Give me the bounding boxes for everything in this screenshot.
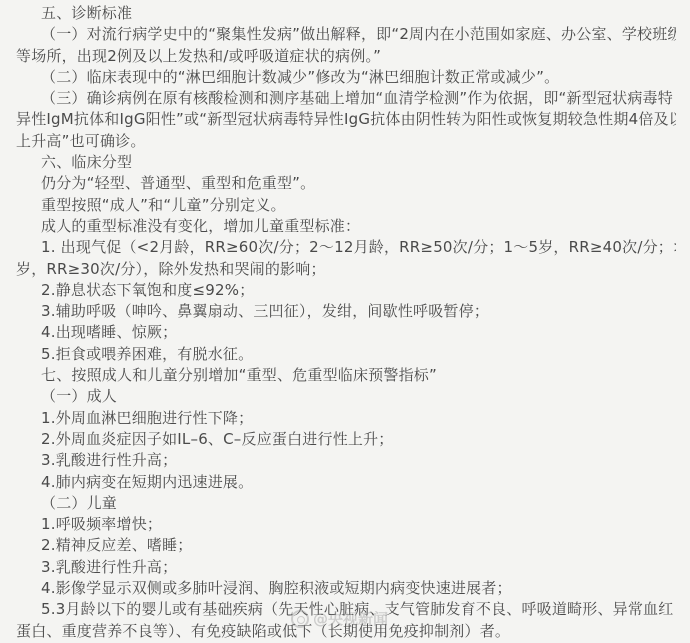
text-line: 4.出现嗜睡、惊厥； — [16, 322, 676, 343]
text-line: 3.乳酸进行性升高； — [16, 450, 676, 471]
text-line: 蛋白、重度营养不良等）、有免疫缺陷或低下（长期使用免疫抑制剂）者。 — [16, 621, 676, 642]
text-line: 5.拒食或喂养困难，有脱水征。 — [16, 344, 676, 365]
document-body: 五、诊断标准（一）对流行病学史中的“聚集性发病”做出解释，即“2周内在小范围如家… — [16, 3, 676, 642]
text-line: 成人的重型标准没有变化，增加儿童重型标准： — [16, 216, 676, 237]
text-line: （二）临床表现中的“淋巴细胞计数减少”修改为“淋巴细胞计数正常或减少”。 — [16, 67, 676, 88]
text-line: 2.外周血炎症因子如IL–6、C–反应蛋白进行性上升； — [16, 429, 676, 450]
text-line: 4.影像学显示双侧或多肺叶浸润、胸腔积液或短期内病变快速进展者； — [16, 578, 676, 599]
text-line: 2.精神反应差、嗜睡； — [16, 535, 676, 556]
text-line: 2.静息状态下氧饱和度≤92%； — [16, 280, 676, 301]
text-line: （三）确诊病例在原有核酸检测和测序基础上增加“血清学检测”作为依据，即“新型冠状… — [16, 88, 676, 109]
text-line: 岁，RR≥30次/分），除外发热和哭闹的影响； — [16, 259, 676, 280]
text-line: 等场所，出现2例及以上发热和/或呼吸道症状的病例。” — [16, 46, 676, 67]
section-heading-line: 七、按照成人和儿童分别增加“重型、危重型临床预警指标” — [16, 365, 676, 386]
text-line: 仍分为“轻型、普通型、重型和危重型”。 — [16, 173, 676, 194]
text-line: 1.外周血淋巴细胞进行性下降； — [16, 408, 676, 429]
section-heading-line: 六、临床分型 — [16, 152, 676, 173]
text-line: 异性IgM抗体和IgG阳性”或“新型冠状病毒特异性IgG抗体由阴性转为阳性或恢复… — [16, 109, 676, 130]
text-line: （二）儿童 — [16, 493, 676, 514]
text-line: （一）成人 — [16, 386, 676, 407]
page: { "page": { "background_color": "#f4f4f2… — [0, 0, 690, 643]
text-line: 4.肺内病变在短期内迅速进展。 — [16, 472, 676, 493]
text-line: 1.呼吸频率增快； — [16, 514, 676, 535]
text-line: 1. 出现气促（<2月龄，RR≥60次/分；2～12月龄，RR≥50次/分；1～… — [16, 237, 676, 258]
text-line: 重型按照“成人”和“儿童”分别定义。 — [16, 195, 676, 216]
document: 五、诊断标准（一）对流行病学史中的“聚集性发病”做出解释，即“2周内在小范围如家… — [0, 0, 690, 643]
text-line: 5.3月龄以下的婴儿或有基础疾病（先天性心脏病、支气管肺发育不良、呼吸道畸形、异… — [16, 599, 676, 620]
text-line: 3.乳酸进行性升高； — [16, 557, 676, 578]
text-line: 上升高”也可确诊。 — [16, 131, 676, 152]
section-heading-line: 五、诊断标准 — [16, 3, 676, 24]
text-line: 3.辅助呼吸（呻吟、鼻翼扇动、三凹征），发绀，间歇性呼吸暂停； — [16, 301, 676, 322]
text-line: （一）对流行病学史中的“聚集性发病”做出解释，即“2周内在小范围如家庭、办公室、… — [16, 24, 676, 45]
